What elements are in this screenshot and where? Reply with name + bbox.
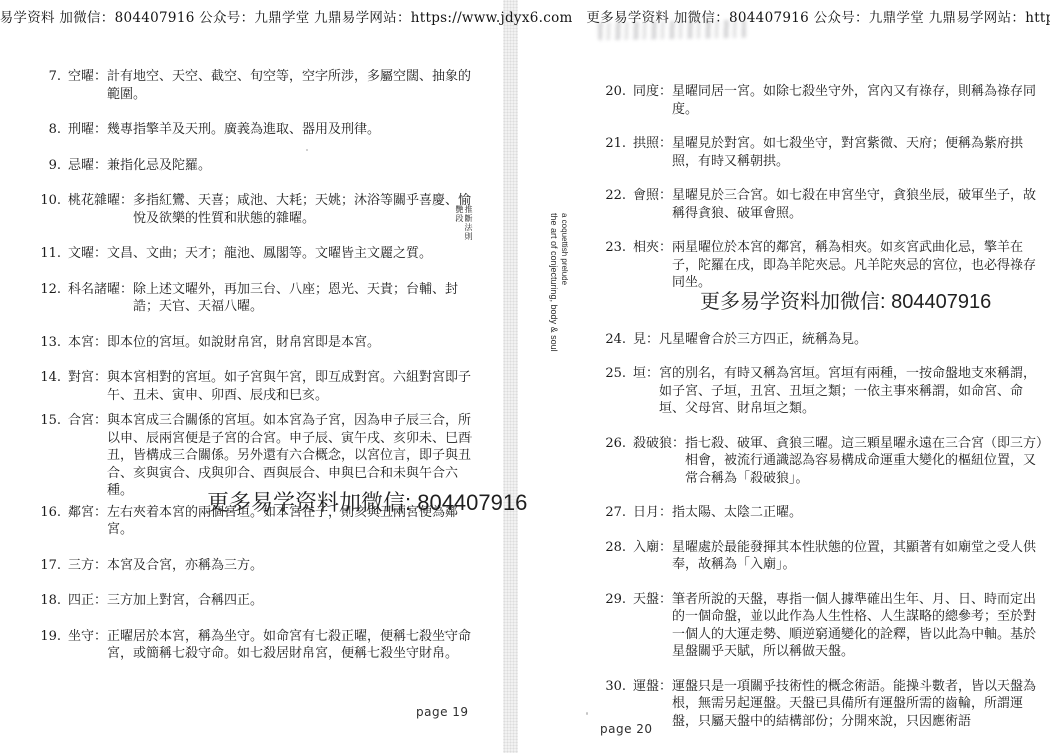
item-number: 25. bbox=[598, 365, 633, 418]
item-number: 28. bbox=[598, 539, 633, 574]
item-term: 會照： bbox=[633, 187, 672, 222]
scan-noise-speck bbox=[586, 712, 588, 715]
item-definition: 幾專指擎羊及天刑。廣義為進取、器用及刑律。 bbox=[107, 121, 473, 139]
item-number: 21. bbox=[598, 135, 633, 170]
item-term: 空曜： bbox=[68, 68, 107, 103]
english-running-title: a coquettish prelude the art of conjectu… bbox=[548, 213, 570, 395]
english-title-line2: the art of conjecturing, body & soul bbox=[548, 213, 559, 395]
chapter-marker-vertical: 推斷法則 艷段 bbox=[455, 205, 473, 275]
item-number: 9. bbox=[37, 157, 68, 175]
item-term: 拱照： bbox=[633, 135, 672, 170]
item-definition: 兩星曜位於本宮的鄰宮，稱為相夾。如亥宮武曲化忌，擎羊在子，陀羅在戌，即為羊陀夾忌… bbox=[672, 239, 1048, 292]
item-definition: 計有地空、天空、截空、旬空等，空字所涉，多屬空闊、抽象的範圍。 bbox=[107, 68, 473, 103]
item-term: 刑曜： bbox=[68, 121, 107, 139]
item-number: 23. bbox=[598, 239, 633, 292]
item-term: 天盤： bbox=[633, 591, 672, 661]
page-20: 20. 同度： 星曜同居一宮。如除七殺坐守外，宮內又有祿存，則稱為祿存同度。 2… bbox=[598, 83, 1048, 730]
item-term: 垣： bbox=[633, 365, 659, 418]
glossary-item: 17. 三方： 本宮及合宮，亦稱為三方。 bbox=[37, 557, 473, 575]
item-number: 26. bbox=[598, 435, 633, 488]
item-number: 13. bbox=[37, 334, 68, 352]
glossary-item: 14. 對宮： 與本宮相對的宮垣。如子宮與午宮，即互成對宮。六組對宮即子午、丑未… bbox=[37, 369, 473, 404]
item-number: 24. bbox=[598, 331, 633, 349]
glossary-item: 24. 見： 凡星曜會合於三方四正，統稱為見。 bbox=[598, 331, 1048, 349]
item-number: 12. bbox=[37, 281, 68, 316]
item-definition: 指七殺、破軍、貪狼三曜。這三顆星曜永遠在三合宮（即三方）相會，被流行通識認為容易… bbox=[685, 435, 1048, 488]
item-term: 見： bbox=[633, 331, 659, 349]
item-definition: 運盤只是一項關乎技術性的概念術語。能操斗數者，皆以天盤為根，無需另起運盤。天盤已… bbox=[672, 678, 1048, 731]
glossary-item: 23. 相夾： 兩星曜位於本宮的鄰宮，稱為相夾。如亥宮武曲化忌，擎羊在子，陀羅在… bbox=[598, 239, 1048, 292]
page-19: 7. 空曜： 計有地空、天空、截空、旬空等，空字所涉，多屬空闊、抽象的範圍。 8… bbox=[37, 68, 473, 663]
item-number: 29. bbox=[598, 591, 633, 661]
item-number: 27. bbox=[598, 504, 633, 522]
item-number: 14. bbox=[37, 369, 68, 404]
glossary-item: 26. 殺破狼： 指七殺、破軍、貪狼三曜。這三顆星曜永遠在三合宮（即三方）相會，… bbox=[598, 435, 1048, 488]
item-definition: 指太陽、太陰二正曜。 bbox=[672, 504, 1048, 522]
scan-noise-speck bbox=[470, 436, 472, 438]
item-number: 11. bbox=[37, 245, 68, 263]
glossary-item: 29. 天盤： 筆者所說的天盤，專指一個人據準確出生年、月、日、時而定出的一個命… bbox=[598, 591, 1048, 661]
header-watermark-line: 更多易学资料 加微信：804407916 公众号：九鼎学堂 九鼎易学网站：htt… bbox=[0, 6, 1050, 26]
glossary-item: 11. 文曜： 文昌、文曲；天才；龍池、鳳閣等。文曜皆主文麗之質。 bbox=[37, 245, 473, 263]
item-term: 本宮： bbox=[68, 334, 107, 352]
item-term: 殺破狼： bbox=[633, 435, 685, 488]
glossary-item: 25. 垣： 宮的別名，有時又稱為宮垣。宮垣有兩種，一按命盤地支來稱謂，如子宮、… bbox=[598, 365, 1048, 418]
page-number-19: page 19 bbox=[416, 705, 469, 719]
smudge-watermark bbox=[598, 20, 746, 41]
item-number: 22. bbox=[598, 187, 633, 222]
item-number: 10. bbox=[37, 192, 68, 227]
item-definition: 三方加上對宮，合稱四正。 bbox=[107, 592, 473, 610]
glossary-item: 8. 刑曜： 幾專指擎羊及天刑。廣義為進取、器用及刑律。 bbox=[37, 121, 473, 139]
item-definition: 文昌、文曲；天才；龍池、鳳閣等。文曜皆主文麗之質。 bbox=[107, 245, 473, 263]
chapter-title: 推斷法則 bbox=[464, 205, 473, 275]
item-term: 坐守： bbox=[68, 628, 107, 663]
item-term: 日月： bbox=[633, 504, 672, 522]
glossary-item: 19. 坐守： 正曜居於本宮，稱為坐守。如命宮有七殺正曜，便稱七殺坐守命宮，或簡… bbox=[37, 628, 473, 663]
item-term: 忌曜： bbox=[68, 157, 107, 175]
glossary-item: 7. 空曜： 計有地空、天空、截空、旬空等，空字所涉，多屬空闊、抽象的範圍。 bbox=[37, 68, 473, 103]
glossary-item: 20. 同度： 星曜同居一宮。如除七殺坐守外，宮內又有祿存，則稱為祿存同度。 bbox=[598, 83, 1048, 118]
item-definition: 兼指化忌及陀羅。 bbox=[107, 157, 473, 175]
item-term: 文曜： bbox=[68, 245, 107, 263]
item-number: 7. bbox=[37, 68, 68, 103]
glossary-item: 30. 運盤： 運盤只是一項關乎技術性的概念術語。能操斗數者，皆以天盤為根，無需… bbox=[598, 678, 1048, 731]
glossary-item: 13. 本宮： 即本位的宮垣。如說財帛宮，財帛宮即是本宮。 bbox=[37, 334, 473, 352]
item-term: 鄰宮： bbox=[68, 504, 107, 539]
item-term: 入廟： bbox=[633, 539, 672, 574]
item-number: 8. bbox=[37, 121, 68, 139]
item-definition: 即本位的宮垣。如說財帛宮，財帛宮即是本宮。 bbox=[107, 334, 473, 352]
item-term: 桃花雜曜： bbox=[68, 192, 133, 227]
item-term: 對宮： bbox=[68, 369, 107, 404]
scan-noise-speck bbox=[444, 631, 446, 633]
item-number: 16. bbox=[37, 504, 68, 539]
watermark-right-page: 更多易学资料加微信: 804407916 bbox=[700, 285, 991, 314]
page-number-20: page 20 bbox=[600, 722, 653, 736]
item-definition: 筆者所說的天盤，專指一個人據準確出生年、月、日、時而定出的一個命盤，並以此作為人… bbox=[672, 591, 1048, 661]
item-term: 四正： bbox=[68, 592, 107, 610]
item-definition: 與本宮相對的宮垣。如子宮與午宮，即互成對宮。六組對宮即子午、丑未、寅申、卯酉、辰… bbox=[107, 369, 473, 404]
item-term: 合宮： bbox=[68, 412, 107, 500]
scan-noise-speck bbox=[306, 149, 308, 151]
chapter-section: 艷段 bbox=[455, 205, 464, 275]
item-number: 18. bbox=[37, 592, 68, 610]
item-definition: 多指紅鸞、天喜；咸池、大耗；天姚；沐浴等關乎喜慶、愉悅及欲樂的性質和狀態的雜曜。 bbox=[133, 192, 473, 227]
english-title-line1: a coquettish prelude bbox=[559, 213, 570, 395]
item-definition: 星曜處於最能發揮其本性狀態的位置，其顯著有如廟堂之受人供奉，故稱為「入廟」。 bbox=[672, 539, 1048, 574]
item-definition: 星曜見於對宮。如七殺坐守，對宮紫微、天府；便稱為紫府拱照，有時又稱朝拱。 bbox=[672, 135, 1048, 170]
item-term: 相夾： bbox=[633, 239, 672, 292]
item-definition: 正曜居於本宮，稱為坐守。如命宮有七殺正曜，便稱七殺坐守命宮，或簡稱七殺守命。如七… bbox=[107, 628, 473, 663]
item-definition: 凡星曜會合於三方四正，統稱為見。 bbox=[659, 331, 1048, 349]
item-number: 20. bbox=[598, 83, 633, 118]
glossary-item: 27. 日月： 指太陽、太陰二正曜。 bbox=[598, 504, 1048, 522]
item-definition: 本宮及合宮，亦稱為三方。 bbox=[107, 557, 473, 575]
item-definition: 星曜同居一宮。如除七殺坐守外，宮內又有祿存，則稱為祿存同度。 bbox=[672, 83, 1048, 118]
glossary-item: 18. 四正： 三方加上對宮，合稱四正。 bbox=[37, 592, 473, 610]
glossary-item: 10. 桃花雜曜： 多指紅鸞、天喜；咸池、大耗；天姚；沐浴等關乎喜慶、愉悅及欲樂… bbox=[37, 192, 473, 227]
item-definition: 星曜見於三合宮。如七殺在申宮坐守，貪狼坐辰，破軍坐子，故稱得貪狼、破軍會照。 bbox=[672, 187, 1048, 222]
item-definition: 除上述文曜外，再加三台、八座；恩光、天貴；台輔、封誥；天官、天福八曜。 bbox=[133, 281, 473, 316]
item-term: 同度： bbox=[633, 83, 672, 118]
glossary-item: 9. 忌曜： 兼指化忌及陀羅。 bbox=[37, 157, 473, 175]
item-term: 三方： bbox=[68, 557, 107, 575]
item-number: 15. bbox=[37, 412, 68, 500]
glossary-item: 12. 科名諸曜： 除上述文曜外，再加三台、八座；恩光、天貴；台輔、封誥；天官、… bbox=[37, 281, 473, 316]
glossary-item: 22. 會照： 星曜見於三合宮。如七殺在申宮坐守，貪狼坐辰，破軍坐子，故稱得貪狼… bbox=[598, 187, 1048, 222]
item-number: 17. bbox=[37, 557, 68, 575]
watermark-left-page: 更多易学资料加微信: 804407916 bbox=[207, 486, 527, 517]
item-term: 科名諸曜： bbox=[68, 281, 133, 316]
glossary-item: 28. 入廟： 星曜處於最能發揮其本性狀態的位置，其顯著有如廟堂之受人供奉，故稱… bbox=[598, 539, 1048, 574]
item-definition: 宮的別名，有時又稱為宮垣。宮垣有兩種，一按命盤地支來稱謂，如子宮、子垣，丑宮、丑… bbox=[659, 365, 1048, 418]
glossary-item: 21. 拱照： 星曜見於對宮。如七殺坐守，對宮紫微、天府；便稱為紫府拱照，有時又… bbox=[598, 135, 1048, 170]
item-number: 19. bbox=[37, 628, 68, 663]
page-gutter-band bbox=[503, 0, 518, 753]
